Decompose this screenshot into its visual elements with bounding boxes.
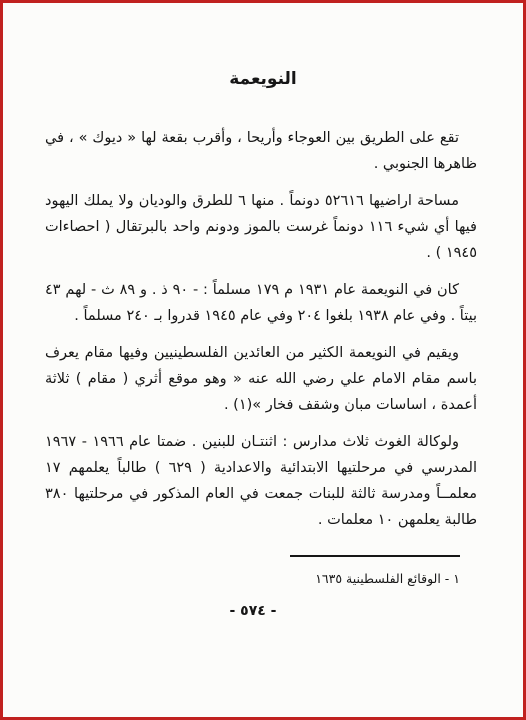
footnote: ١ - الوقائع الفلسطينية ١٦٣٥ bbox=[45, 569, 460, 589]
paragraph-location: تقع على الطريق بين العوجاء وأريحا ، وأقر… bbox=[45, 125, 477, 177]
page-number: - ٥٧٤ - bbox=[3, 603, 503, 619]
page-title: النويعمة bbox=[3, 69, 523, 89]
footnote-divider bbox=[290, 555, 460, 557]
paragraph-population: كان في النويعمة عام ١٩٣١ م ١٧٩ مسلماً : … bbox=[45, 277, 477, 329]
paragraph-land-area: مساحة اراضيها ٥٢٦١٦ دونماً . منها ٦ للطر… bbox=[45, 188, 477, 266]
paragraph-shrine: ويقيم في النويعمة الكثير من العائدين الف… bbox=[45, 340, 477, 418]
scanned-book-page: النويعمة تقع على الطريق بين العوجاء وأري… bbox=[0, 0, 526, 720]
body-text: تقع على الطريق بين العوجاء وأريحا ، وأقر… bbox=[45, 125, 477, 544]
paragraph-schools: ولوكالة الغوث ثلاث مدارس : اثنتـان للبني… bbox=[45, 429, 477, 533]
